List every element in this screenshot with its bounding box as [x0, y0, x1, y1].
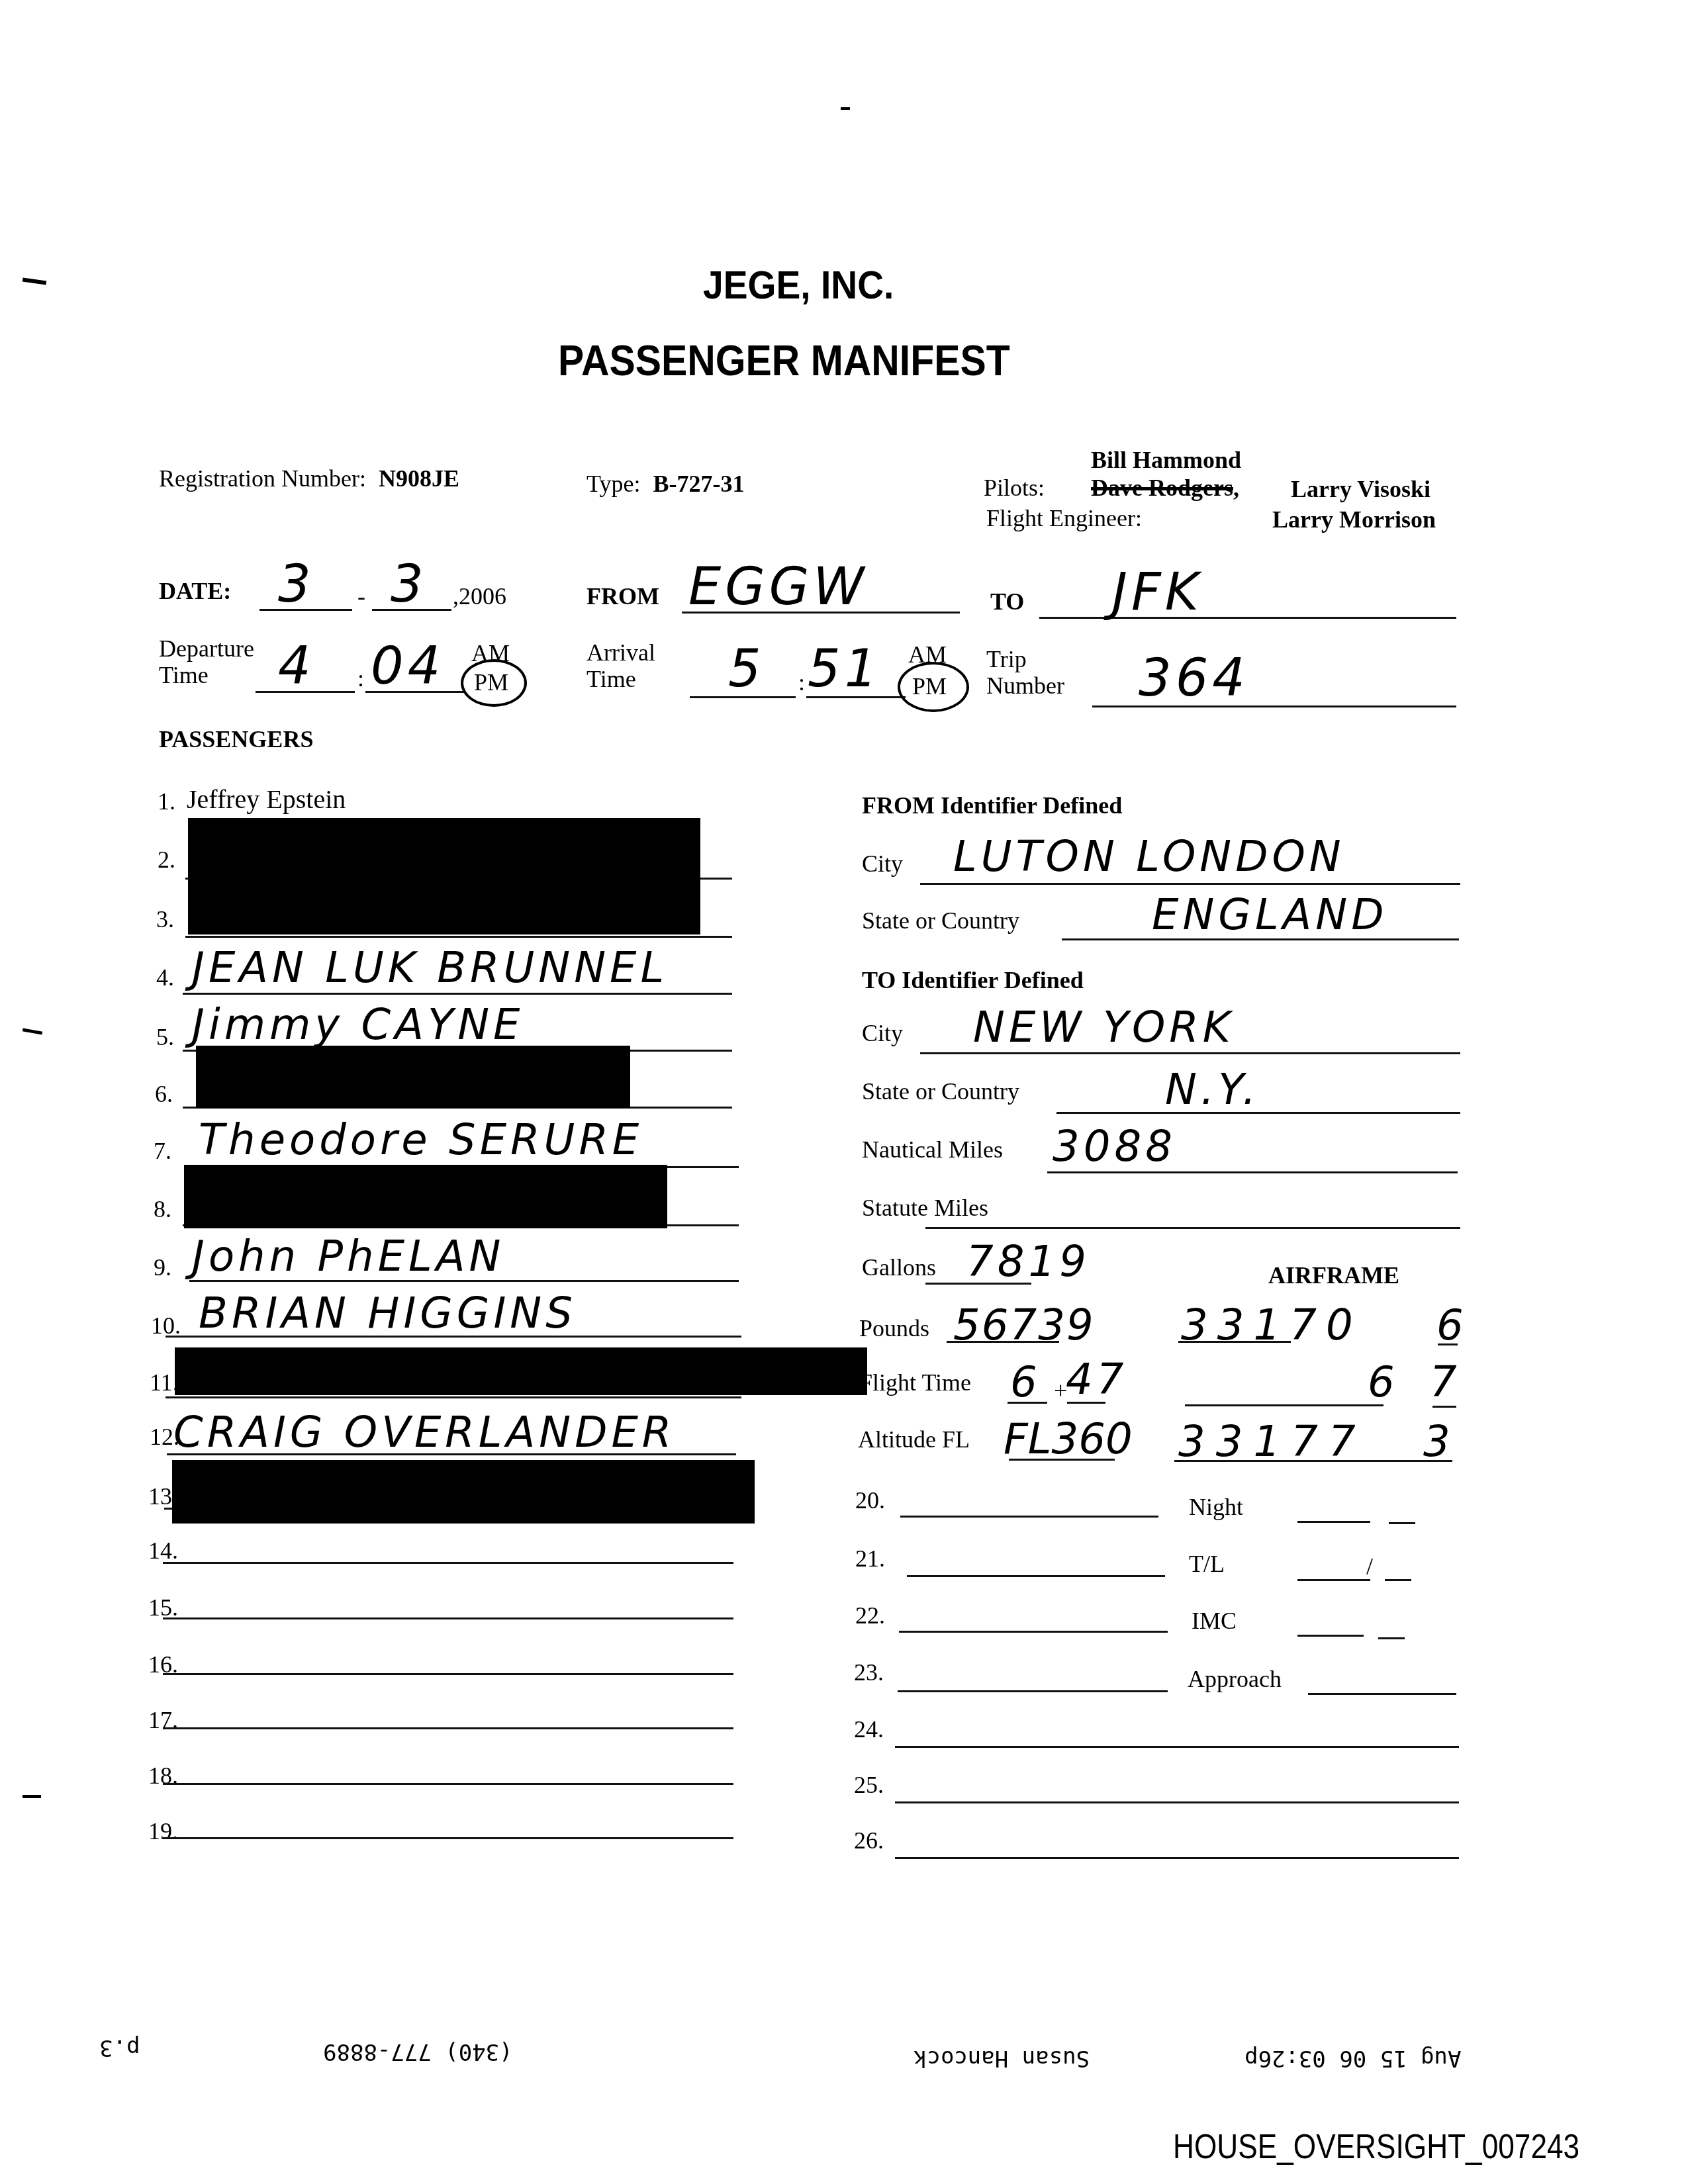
flight-time-minutes[interactable]: 47: [1066, 1355, 1127, 1404]
to-state-value[interactable]: N.Y.: [1165, 1066, 1260, 1115]
arrival-colon: :: [798, 668, 805, 696]
registration-label: Registration Number: N908JE: [159, 465, 459, 492]
arrival-hour[interactable]: 5: [728, 639, 765, 699]
pounds-value[interactable]: 56739: [953, 1301, 1095, 1350]
flight-time-label: Flight Time: [859, 1369, 971, 1396]
flight-engineer-label: Flight Engineer:: [986, 504, 1142, 532]
from-city-label: City: [862, 850, 903, 878]
arrival-minute[interactable]: 51: [808, 639, 881, 699]
trip-number-value[interactable]: 364: [1139, 649, 1249, 708]
date-year: ,2006: [453, 582, 506, 610]
scan-mark: [23, 1795, 41, 1798]
redaction-box: [172, 1460, 755, 1524]
from-label: FROM: [586, 582, 659, 610]
extra-row-num: 23.: [854, 1659, 884, 1686]
departure-label: Departure Time: [159, 635, 254, 688]
fax-sender: Susan Hancock: [914, 2045, 1090, 2071]
passenger-num: 6.: [155, 1080, 173, 1108]
pilots-label: Pilots:: [984, 474, 1045, 502]
passenger-name[interactable]: BRIAN HIGGINS: [199, 1289, 577, 1338]
manifest-page: JEGE, INC. PASSENGER MANIFEST Registrati…: [0, 0, 1688, 2184]
gallons-label: Gallons: [862, 1253, 936, 1281]
from-state-label: State or Country: [862, 907, 1019, 934]
altitude-label: Altitude FL: [858, 1426, 970, 1453]
statute-miles-label: Statute Miles: [862, 1194, 988, 1222]
date-day[interactable]: 3: [391, 555, 428, 614]
bates-number: HOUSE_OVERSIGHT_007243: [1173, 2127, 1579, 2167]
aircraft-type-value: B-727-31: [653, 471, 744, 497]
departure-colon: :: [357, 664, 364, 692]
passenger-num: 7.: [154, 1137, 171, 1165]
airframe-pounds-decimal[interactable]: 6: [1436, 1301, 1468, 1350]
redaction-box: [188, 818, 700, 934]
scan-mark: [841, 107, 850, 110]
passenger-name[interactable]: Jeffrey Epstein: [187, 784, 346, 815]
tl-separator: /: [1366, 1553, 1373, 1580]
trip-number-label: Trip Number: [986, 646, 1064, 699]
airframe-total-main[interactable]: 33177: [1178, 1418, 1366, 1467]
passenger-num: 8.: [154, 1195, 171, 1223]
passenger-num: 17.: [148, 1706, 178, 1734]
passenger-num: 18.: [148, 1762, 178, 1790]
pilot-added: Bill Hammond: [1091, 446, 1241, 474]
passenger-num: 3.: [156, 905, 174, 933]
tl-label: T/L: [1189, 1550, 1225, 1578]
redaction-box: [184, 1165, 667, 1228]
pilot-2: Larry Visoski: [1291, 475, 1430, 503]
gallons-value[interactable]: 7819: [966, 1238, 1090, 1287]
scan-mark: [23, 278, 46, 285]
date-month[interactable]: 3: [278, 555, 315, 614]
to-city-label: City: [862, 1019, 903, 1047]
redaction-box: [196, 1046, 630, 1108]
passenger-num: 2.: [158, 846, 175, 874]
redaction-box: [175, 1347, 867, 1395]
approach-label: Approach: [1188, 1665, 1282, 1693]
flight-time-hours[interactable]: 6: [1010, 1358, 1041, 1407]
passenger-name[interactable]: John PhELAN: [192, 1232, 504, 1281]
company-name: JEGE, INC.: [703, 262, 894, 308]
flight-engineer: Larry Morrison: [1272, 506, 1436, 533]
departure-minute[interactable]: 04: [371, 637, 444, 696]
pilot-struck: Dave Rodgers,: [1091, 474, 1239, 502]
extra-row-num: 26.: [854, 1827, 884, 1854]
night-label: Night: [1189, 1493, 1243, 1521]
passenger-num: 5.: [156, 1023, 174, 1051]
to-label: TO: [990, 588, 1024, 615]
departure-hour[interactable]: 4: [278, 637, 315, 696]
arrival-pm[interactable]: PM: [912, 672, 947, 700]
from-state-value[interactable]: ENGLAND: [1152, 891, 1388, 940]
nautical-miles-label: Nautical Miles: [862, 1136, 1003, 1163]
from-value[interactable]: EGGW: [688, 557, 868, 617]
fax-page-number: p.3: [99, 2034, 140, 2061]
passenger-name[interactable]: JEAN LUK BRUNNEL: [192, 944, 668, 993]
from-identifier-heading: FROM Identifier Defined: [862, 792, 1122, 819]
airframe-pounds-main[interactable]: 33170: [1181, 1301, 1362, 1350]
departure-pm[interactable]: PM: [474, 668, 508, 696]
registration-value: N908JE: [379, 465, 459, 492]
to-identifier-heading: TO Identifier Defined: [862, 966, 1084, 994]
pounds-label: Pounds: [859, 1314, 929, 1342]
date-separator: -: [357, 582, 365, 610]
airframe-total-decimal[interactable]: 3: [1423, 1418, 1454, 1467]
airframe-time-main[interactable]: 6: [1368, 1358, 1399, 1407]
nautical-miles-value[interactable]: 3088: [1053, 1122, 1176, 1171]
imc-label: IMC: [1192, 1607, 1237, 1635]
altitude-value[interactable]: FL360: [1004, 1415, 1133, 1464]
fax-phone: (340) 777-8889: [323, 2038, 513, 2065]
to-value[interactable]: JFK: [1112, 563, 1203, 622]
page-title: PASSENGER MANIFEST: [558, 336, 1010, 385]
fax-timestamp: Aug 15 06 03:26p: [1244, 2045, 1462, 2071]
from-city-value[interactable]: LUTON LONDON: [953, 833, 1345, 882]
scan-mark: [23, 1028, 42, 1034]
date-label: DATE:: [159, 577, 231, 605]
passenger-num: 9.: [154, 1253, 171, 1281]
passenger-name[interactable]: CRAIG OVERLANDER: [173, 1408, 675, 1457]
arrival-label: Arrival Time: [586, 639, 655, 692]
airframe-heading: AIRFRAME: [1268, 1261, 1399, 1289]
passengers-heading: PASSENGERS: [159, 725, 313, 753]
extra-row-num: 24.: [854, 1715, 884, 1743]
extra-row-num: 20.: [855, 1486, 885, 1514]
passenger-num: 19.: [148, 1817, 178, 1845]
passenger-num: 4.: [156, 964, 174, 991]
aircraft-type: Type: B-727-31: [586, 470, 744, 498]
airframe-time-decimal[interactable]: 7: [1430, 1358, 1461, 1407]
extra-row-num: 25.: [854, 1771, 884, 1799]
passenger-num: 1.: [158, 788, 175, 815]
to-state-label: State or Country: [862, 1077, 1019, 1105]
to-city-value[interactable]: NEW YORK: [973, 1003, 1235, 1052]
passenger-name[interactable]: Jimmy CAYNE: [192, 1001, 524, 1050]
extra-row-num: 22.: [855, 1602, 885, 1629]
passenger-name[interactable]: Theodore SERURE: [199, 1116, 643, 1165]
passenger-num: 14.: [148, 1537, 178, 1565]
extra-row-num: 21.: [855, 1545, 885, 1572]
